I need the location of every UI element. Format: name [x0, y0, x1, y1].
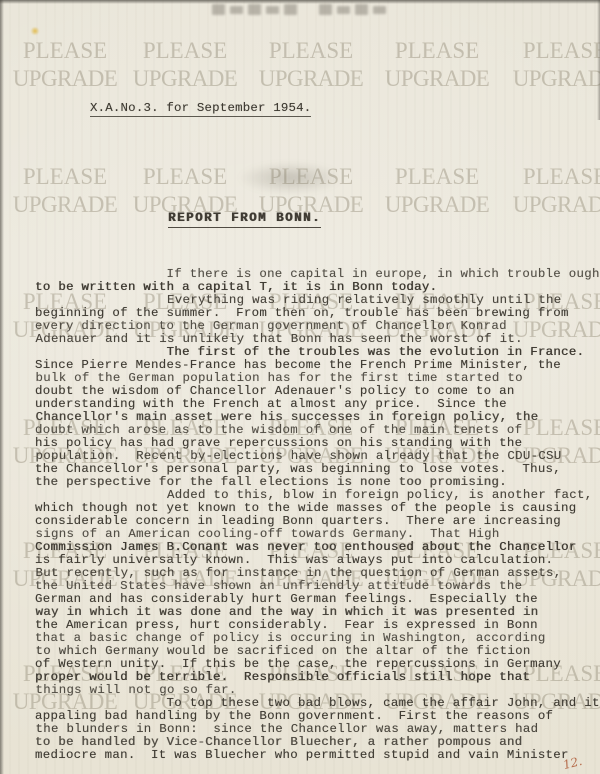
- body-line: to be handled by Vice-Chancellor Blueche…: [35, 736, 600, 749]
- watermark-text: PLEASEUPGRADE: [2, 163, 128, 219]
- smudge-mark: [238, 162, 343, 194]
- watermark-text: PLEASEUPGRADE: [374, 37, 500, 93]
- watermark-text: PLEASEUPGRADE: [248, 37, 374, 93]
- body-line: signs of an American cooling-off towards…: [36, 528, 600, 541]
- body-line: Everything was riding relatively smoothl…: [36, 294, 600, 307]
- watermark-text: PLEASEUPGRADE: [2, 37, 128, 93]
- body-line: things will not go so far.: [36, 684, 600, 697]
- watermark-text: PLEASEUPGRADE: [502, 163, 600, 219]
- watermark-text: PLEASEUPGRADE: [374, 163, 500, 219]
- report-body: If there is one capital in europe, in wh…: [35, 268, 600, 762]
- body-line: doubt which arose as to the wisdom of on…: [35, 424, 600, 437]
- body-line: the United States have shown an unfriend…: [35, 580, 600, 593]
- scan-edge-left: [0, 0, 4, 774]
- reference-line: X.A.No.3. for September 1954.: [90, 101, 311, 117]
- body-line: If there is one capital in europe, in wh…: [35, 268, 600, 281]
- scanned-document-page: PLEASEUPGRADEPLEASEUPGRADEPLEASEUPGRADEP…: [0, 0, 600, 774]
- watermark-text: PLEASEUPGRADE: [122, 37, 248, 93]
- report-title: REPORT FROM BONN.: [168, 211, 321, 228]
- handwritten-page-number: 12.: [562, 754, 584, 772]
- body-line: to which Germany would be sacrificed on …: [36, 645, 600, 658]
- body-line: population. Recent by-elections have sho…: [36, 450, 600, 463]
- faded-stamp: [212, 4, 391, 20]
- body-line: mediocre man. It was Bluecher who permit…: [35, 749, 600, 762]
- body-line: Added to this, blow in foreign policy, i…: [36, 489, 600, 502]
- body-line: bulk of the German population has for th…: [36, 372, 600, 385]
- watermark-text: PLEASEUPGRADE: [502, 37, 600, 93]
- paper-fleck: [30, 27, 40, 35]
- body-line: way in which it was done and the way in …: [36, 606, 600, 619]
- body-line: Adenauer and it is unlikely that Bonn ha…: [36, 333, 600, 346]
